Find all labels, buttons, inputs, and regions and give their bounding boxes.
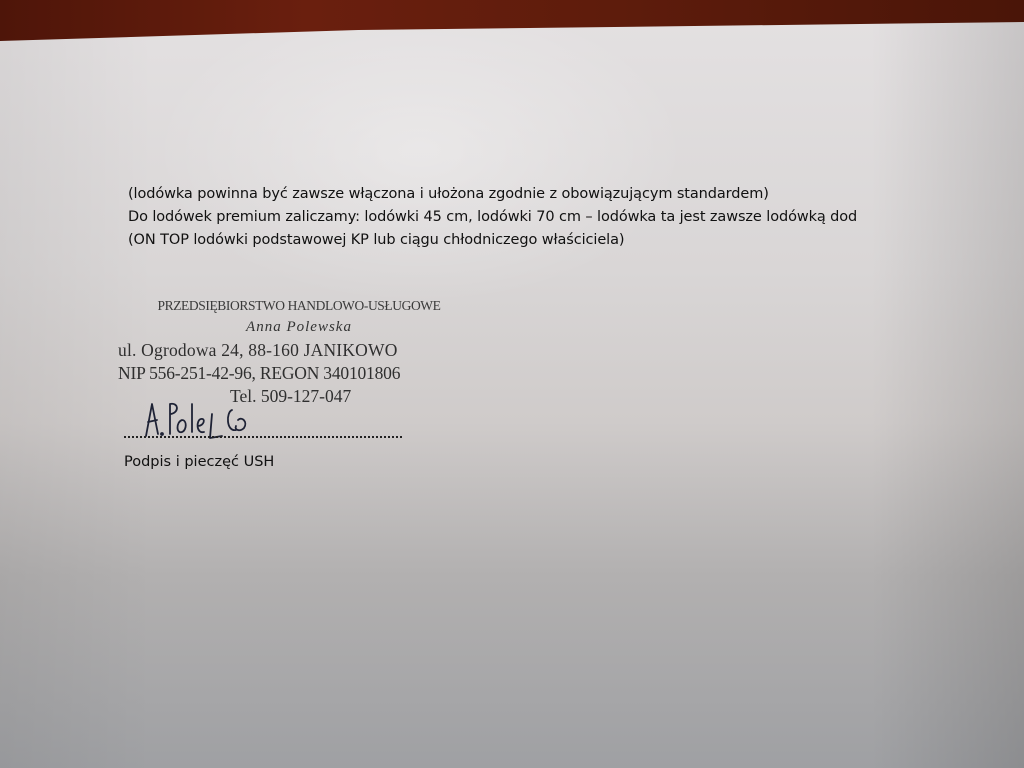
body-line-premium-fridges: Do lodówek premium zaliczamy: lodówki 45… bbox=[128, 206, 1024, 229]
signature-line bbox=[124, 436, 402, 438]
stamp-tax-ids: NIP 556-251-42-96, REGON 340101806 bbox=[118, 363, 488, 384]
signature-label: Podpis i pieczęć USH bbox=[124, 454, 274, 470]
stamp-owner-name: Anna Polewska bbox=[118, 319, 480, 336]
body-line-on-top: (ON TOP lodówki podstawowej KP lub ciągu… bbox=[128, 229, 1024, 252]
stamp-address: ul. Ogrodowa 24, 88-160 JANIKOWO bbox=[118, 340, 488, 361]
company-stamp: PRZEDSIĘBIORSTWO HANDLOWO-USŁUGOWE Anna … bbox=[118, 298, 488, 407]
handwritten-signature bbox=[140, 398, 310, 440]
stamp-company-name: PRZEDSIĘBIORSTWO HANDLOWO-USŁUGOWE bbox=[118, 298, 480, 315]
document-body: (lodówka powinna być zawsze włączona i u… bbox=[128, 183, 1024, 252]
body-line-fridge-on: (lodówka powinna być zawsze włączona i u… bbox=[128, 183, 1024, 206]
